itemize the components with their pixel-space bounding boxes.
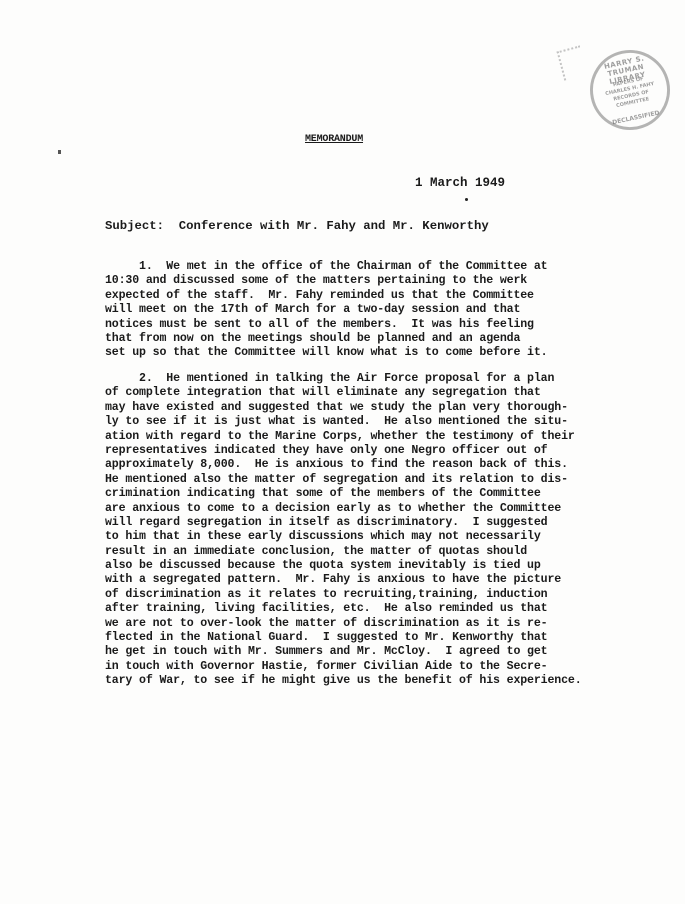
memo-subject: Subject: Conference with Mr. Fahy and Mr… xyxy=(105,219,489,233)
text-line: 1. We met in the office of the Chairman … xyxy=(105,260,547,274)
text-line: ly to see if it is just what is wanted. … xyxy=(105,415,582,429)
text-line: crimination indicating that some of the … xyxy=(105,487,582,501)
paragraph-1: 1. We met in the office of the Chairman … xyxy=(105,260,547,361)
text-line: with a segregated pattern. Mr. Fahy is a… xyxy=(105,573,582,587)
margin-mark xyxy=(58,150,61,154)
paragraph-2: 2. He mentioned in talking the Air Force… xyxy=(105,372,582,689)
text-line: we are not to over-look the matter of di… xyxy=(105,617,582,631)
text-line: to him that in these early discussions w… xyxy=(105,530,582,544)
stamp-smudge xyxy=(557,45,588,80)
memo-date: 1 March 1949 xyxy=(415,176,505,190)
text-line: ation with regard to the Marine Corps, w… xyxy=(105,430,582,444)
text-line: of complete integration that will elimin… xyxy=(105,386,582,400)
text-line: result in an immediate conclusion, the m… xyxy=(105,545,582,559)
text-line: will regard segregation in itself as dis… xyxy=(105,516,582,530)
stray-dot xyxy=(465,198,468,201)
text-line: 10:30 and discussed some of the matters … xyxy=(105,274,547,288)
text-line: representatives indicated they have only… xyxy=(105,444,582,458)
text-line: after training, living facilities, etc. … xyxy=(105,602,582,616)
text-line: expected of the staff. Mr. Fahy reminded… xyxy=(105,289,547,303)
memo-page: HARRY S. TRUMAN LIBRARY PAPERS OF CHARLE… xyxy=(0,0,685,904)
text-line: tary of War, to see if he might give us … xyxy=(105,674,582,688)
text-line: He mentioned also the matter of segregat… xyxy=(105,473,582,487)
text-line: will meet on the 17th of March for a two… xyxy=(105,303,547,317)
text-line: notices must be sent to all of the membe… xyxy=(105,318,547,332)
text-line: set up so that the Committee will know w… xyxy=(105,346,547,360)
text-line: may have existed and suggested that we s… xyxy=(105,401,582,415)
text-line: are anxious to come to a decision early … xyxy=(105,502,582,516)
text-line: 2. He mentioned in talking the Air Force… xyxy=(105,372,582,386)
memo-title: MEMORANDUM xyxy=(305,134,363,145)
text-line: that from now on the meetings should be … xyxy=(105,332,547,346)
text-line: approximately 8,000. He is anxious to fi… xyxy=(105,458,582,472)
text-line: of discrimination as it relates to recru… xyxy=(105,588,582,602)
text-line: he get in touch with Mr. Summers and Mr.… xyxy=(105,645,582,659)
text-line: also be discussed because the quota syst… xyxy=(105,559,582,573)
library-stamp: HARRY S. TRUMAN LIBRARY PAPERS OF CHARLE… xyxy=(583,43,678,138)
text-line: in touch with Governor Hastie, former Ci… xyxy=(105,660,582,674)
text-line: flected in the National Guard. I suggest… xyxy=(105,631,582,645)
